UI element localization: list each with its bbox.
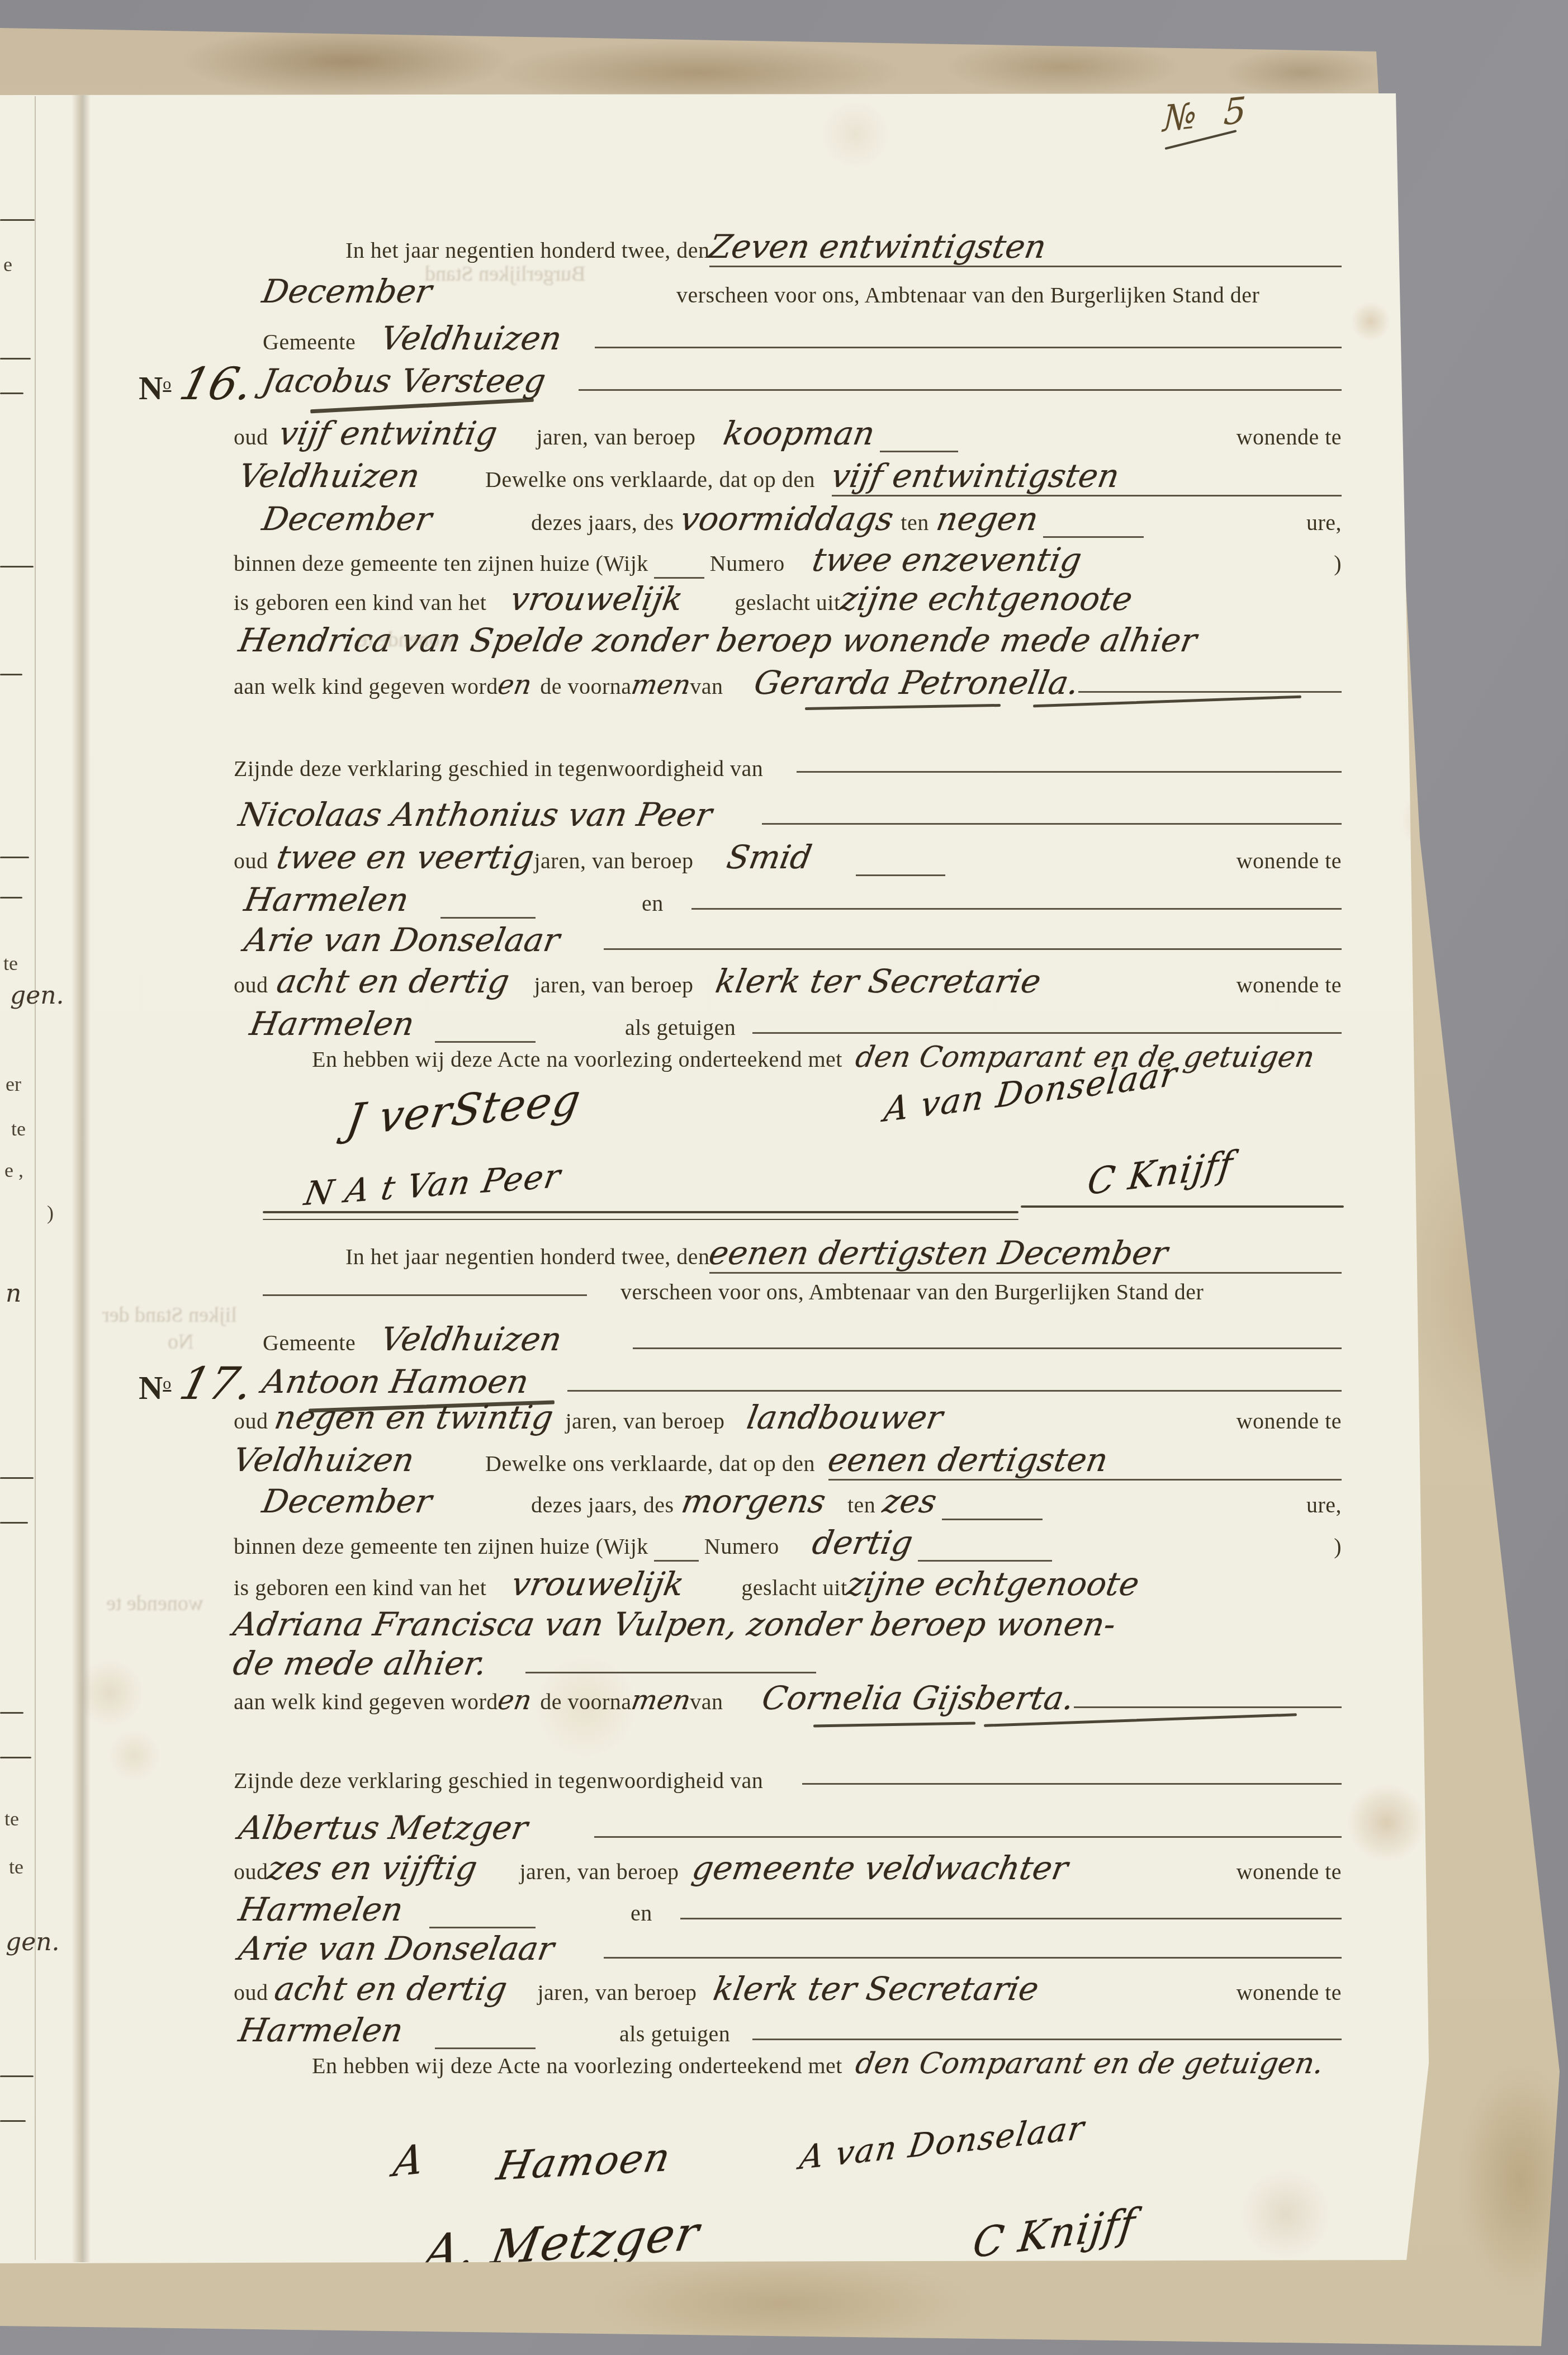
printed-text: wonende te bbox=[1237, 424, 1342, 450]
handwritten-text: men bbox=[629, 670, 693, 701]
printed-text: jaren, van beroep bbox=[534, 848, 694, 874]
printed-text: Zijnde deze verklaring geschied in tegen… bbox=[234, 1768, 763, 1794]
handwritten-text: vijf entwintigsten bbox=[828, 457, 1122, 495]
ink-stroke bbox=[805, 704, 1001, 710]
ruled-line bbox=[797, 771, 1342, 773]
document-line: In het jaar negentien honderd twee, dene… bbox=[345, 1235, 1342, 1274]
printed-text: Gemeente bbox=[263, 329, 356, 355]
ruled-line bbox=[579, 389, 1342, 391]
ruled-line bbox=[604, 948, 1342, 950]
handwritten-text: Veldhuizen bbox=[378, 320, 565, 357]
document-line: oudzes en vijftigjaren, van beroepgemeen… bbox=[234, 1850, 1342, 1887]
ruled-line bbox=[1074, 1706, 1342, 1708]
ruled-line bbox=[752, 2039, 1342, 2040]
page-fragment-rule bbox=[0, 566, 34, 568]
dash-line bbox=[440, 917, 536, 919]
printed-text: is geboren een kind van het bbox=[234, 590, 486, 616]
handwritten-text: December bbox=[259, 1483, 534, 1520]
printed-text: jaren, van beroep bbox=[538, 1980, 697, 2006]
binding-fold bbox=[72, 95, 91, 2262]
document-line: GemeenteVeldhuizen bbox=[263, 320, 1342, 357]
signature: Hamoen bbox=[493, 2134, 675, 2189]
document-line: Arie van Donselaar bbox=[239, 1930, 1342, 1968]
handwritten-text: koopman bbox=[721, 415, 878, 452]
handwritten-text: zes bbox=[880, 1483, 939, 1520]
printed-text: geslacht uit bbox=[735, 590, 840, 616]
scanned-register-photo: { "page": { "corner_mark": "№ 5" }, "ent… bbox=[0, 0, 1568, 2355]
document-line: Harmelenen bbox=[245, 881, 1342, 919]
document-line: is geboren een kind van hetvrouwelijkges… bbox=[234, 580, 1342, 618]
handwritten-text: eenen dertigsten December bbox=[707, 1235, 1171, 1272]
handwritten-text: zijne echtgenoote bbox=[844, 1566, 1142, 1603]
document-line: Antoon Hamoen bbox=[263, 1363, 1342, 1401]
document-line: Harmelenals getuigen bbox=[239, 2012, 1342, 2049]
printed-text: binnen deze gemeente ten zijnen huize (W… bbox=[234, 551, 648, 576]
handwritten-text: twee en veertig bbox=[274, 839, 538, 876]
page-fragment-rule bbox=[0, 897, 22, 899]
ruled-line bbox=[762, 823, 1342, 825]
handwritten-text: Veldhuizen bbox=[236, 457, 489, 495]
ruled-line bbox=[594, 1836, 1342, 1838]
handwritten-text: zes en vijftig bbox=[265, 1850, 523, 1887]
page-fragment: gen. bbox=[10, 981, 64, 1010]
printed-text: wonende te bbox=[1237, 848, 1342, 874]
register-page: № 5 No16.In het jaar negentien honderd t… bbox=[0, 0, 1568, 2355]
handwritten-text: twee enzeventig bbox=[809, 541, 1084, 579]
printed-text: en bbox=[642, 891, 664, 916]
handwritten-text: vrouwelijk bbox=[509, 1566, 745, 1603]
dash-line bbox=[654, 577, 704, 579]
printed-text: de voorna bbox=[540, 674, 631, 699]
ruled-line bbox=[691, 908, 1342, 910]
document-line: Harmelenals getuigen bbox=[250, 1005, 1342, 1043]
document-line: Arie van Donselaar bbox=[245, 921, 1342, 959]
handwritten-text: Harmelen bbox=[236, 1891, 427, 1928]
handwritten-text: gemeente veldwachter bbox=[689, 1850, 1070, 1887]
printed-text: ten bbox=[901, 510, 929, 536]
handwritten-text: Antoon Hamoen bbox=[259, 1363, 532, 1401]
handwritten-text: men bbox=[629, 1685, 693, 1716]
handwritten-text: vrouwelijk bbox=[508, 580, 738, 618]
printed-text: Numero bbox=[710, 551, 785, 576]
ruled-line bbox=[525, 1672, 816, 1673]
entry-number-sup: o bbox=[163, 1374, 171, 1393]
bleedthrough-text: wonende te bbox=[358, 627, 455, 652]
ruled-line: Zeven entwintigsten bbox=[709, 228, 1342, 267]
printed-text: oud bbox=[234, 1859, 268, 1885]
ruled-line bbox=[263, 1294, 587, 1296]
dash-line bbox=[429, 1927, 536, 1928]
printed-text: verscheen voor ons, Ambtenaar van den Bu… bbox=[620, 1279, 1204, 1305]
handwritten-text: en bbox=[495, 1685, 534, 1716]
signature: J verSteeg bbox=[343, 1074, 585, 1145]
handwritten-text: Veldhuizen bbox=[378, 1321, 636, 1358]
ruled-line bbox=[604, 1957, 1342, 1959]
handwritten-text: zijne echtgenoote bbox=[837, 580, 1135, 618]
handwritten-text: vijf entwintig bbox=[276, 415, 540, 452]
document-line: oudacht en dertigjaren, van beroepklerk … bbox=[234, 963, 1342, 1000]
printed-text: dezes jaars, des bbox=[531, 1492, 674, 1518]
handwritten-text: Gerarda Petronella. bbox=[751, 664, 1082, 702]
entry-number-sup: o bbox=[163, 375, 171, 393]
ruled-line bbox=[752, 1032, 1342, 1034]
page-fragment-rule bbox=[0, 674, 22, 675]
page-number-mark: № 5 bbox=[1162, 89, 1254, 140]
printed-text: jaren, van beroep bbox=[520, 1859, 679, 1885]
printed-text: Zijnde deze verklaring geschied in tegen… bbox=[234, 756, 763, 782]
printed-text: aan welk kind gegeven word bbox=[234, 674, 498, 699]
ruled-line bbox=[680, 1918, 1342, 1919]
handwritten-text: acht en dertig bbox=[272, 1970, 541, 2008]
document-line: En hebben wij deze Acte na voorlezing on… bbox=[312, 2047, 1342, 2081]
printed-text: wonende te bbox=[1237, 1980, 1342, 2006]
printed-text: oud bbox=[234, 424, 268, 450]
printed-text: van bbox=[690, 1689, 723, 1715]
printed-text: jaren, van beroep bbox=[566, 1408, 725, 1434]
printed-text: ure, bbox=[1306, 510, 1342, 536]
handwritten-text: voormiddags bbox=[678, 500, 896, 538]
handwritten-text: eenen dertigsten bbox=[825, 1441, 1111, 1479]
printed-text: ten bbox=[847, 1492, 875, 1518]
document-line: oudacht en dertigjaren, van beroepklerk … bbox=[234, 1970, 1342, 2008]
handwritten-text: Adriana Francisca van Vulpen, zonder ber… bbox=[230, 1606, 1119, 1643]
printed-text: geslacht uit bbox=[741, 1575, 847, 1601]
page-fragment-rule bbox=[0, 1712, 23, 1714]
printed-text: wonende te bbox=[1237, 1408, 1342, 1434]
printed-text: Gemeente bbox=[263, 1330, 356, 1356]
page-fragment: er bbox=[6, 1072, 21, 1096]
ruled-line bbox=[595, 347, 1342, 348]
page-fragment-rule bbox=[0, 2075, 34, 2077]
entry-number-letter: N bbox=[139, 370, 163, 406]
signature: C Knijff bbox=[970, 2199, 1139, 2267]
page-fragment-rule bbox=[0, 1522, 28, 1524]
ink-stroke bbox=[813, 1722, 975, 1727]
document-line: de mede alhier. bbox=[234, 1645, 1342, 1682]
bleedthrough-text: Burgerlijken Stand bbox=[425, 262, 585, 286]
printed-text: wonende te bbox=[1237, 1859, 1342, 1885]
printed-text: is geboren een kind van het bbox=[234, 1575, 486, 1601]
ruled-line bbox=[567, 1390, 1342, 1392]
document-line: binnen deze gemeente ten zijnen huize (W… bbox=[234, 1524, 1342, 1562]
printed-text: binnen deze gemeente ten zijnen huize (W… bbox=[234, 1534, 648, 1559]
divider-line bbox=[263, 1211, 1019, 1213]
bleedthrough-text: lijken Stand der bbox=[102, 1303, 237, 1327]
printed-text: en bbox=[631, 1900, 652, 1926]
handwritten-text: landbouwer bbox=[744, 1399, 945, 1436]
document-line: Nicolaas Anthonius van Peer bbox=[239, 796, 1342, 834]
entry-number-letter: N bbox=[139, 1369, 163, 1406]
printed-text: oud bbox=[234, 848, 268, 874]
handwritten-text: en bbox=[495, 670, 534, 701]
document-line: is geboren een kind van hetvrouwelijkges… bbox=[234, 1566, 1342, 1603]
printed-text: jaren, van beroep bbox=[537, 424, 696, 450]
signature: A bbox=[391, 2135, 428, 2186]
printed-text: En hebben wij deze Acte na voorlezing on… bbox=[312, 1047, 842, 1072]
divider-line bbox=[263, 1219, 1019, 1220]
printed-text: als getuigen bbox=[619, 2021, 730, 2047]
handwritten-text: Harmelen bbox=[236, 2012, 433, 2049]
dash-line bbox=[918, 1560, 1052, 1562]
divider-line bbox=[1021, 1205, 1344, 1208]
document-line: VeldhuizenDewelke ons verklaarde, dat op… bbox=[234, 1441, 1342, 1481]
handwritten-text: Arie van Donselaar bbox=[236, 1930, 557, 1968]
page-fragment: te bbox=[11, 1117, 26, 1141]
document-line: Zijnde deze verklaring geschied in tegen… bbox=[234, 756, 1342, 782]
printed-text: jaren, van beroep bbox=[534, 972, 694, 998]
document-line: Decemberdezes jaars, desmorgenstenzesure… bbox=[263, 1483, 1342, 1520]
handwritten-text: Jacobus Versteeg bbox=[259, 362, 548, 400]
handwritten-text: Arie van Donselaar bbox=[241, 921, 562, 959]
handwritten-text: Albertus Metzger bbox=[236, 1809, 530, 1847]
printed-text: ure, bbox=[1306, 1492, 1342, 1518]
handwritten-text: Veldhuizen bbox=[230, 1441, 489, 1479]
signature: C Knijff bbox=[1085, 1143, 1235, 1204]
page-fragment: n bbox=[6, 1279, 21, 1308]
printed-text: de voorna bbox=[540, 1689, 631, 1715]
document-line: oudvijf entwintigjaren, van beroepkoopma… bbox=[234, 415, 1342, 452]
handwritten-text: Nicolaas Anthonius van Peer bbox=[236, 796, 715, 834]
signature: A van Donselaar bbox=[798, 2108, 1088, 2177]
page-fragment: gen. bbox=[6, 1928, 60, 1956]
handwritten-text: Harmelen bbox=[247, 1005, 433, 1043]
printed-text: In het jaar negentien honderd twee, den bbox=[345, 238, 709, 263]
document-line: En hebben wij deze Acte na voorlezing on… bbox=[312, 1041, 1342, 1075]
ink-stroke bbox=[310, 398, 534, 414]
document-line: Harmelenen bbox=[239, 1891, 1342, 1928]
printed-text: van bbox=[690, 674, 723, 699]
document-line: Albertus Metzger bbox=[239, 1809, 1342, 1847]
printed-text: oud bbox=[234, 972, 268, 998]
printed-text: dezes jaars, des bbox=[531, 510, 674, 536]
handwritten-text: morgens bbox=[679, 1483, 828, 1520]
handwritten-text: klerk ter Secretarie bbox=[710, 1970, 1041, 2008]
handwritten-text: December bbox=[259, 500, 534, 538]
printed-text: Dewelke ons verklaarde, dat op den bbox=[485, 1451, 815, 1477]
printed-text: wonende te bbox=[1237, 972, 1342, 998]
printed-text: In het jaar negentien honderd twee, den bbox=[345, 1244, 709, 1270]
handwritten-text: acht en dertig bbox=[274, 963, 538, 1000]
ruled-line bbox=[802, 1783, 1342, 1785]
page-fragment: te bbox=[3, 952, 18, 975]
ruled-line: eenen dertigsten bbox=[828, 1441, 1342, 1481]
printed-text: ) bbox=[1334, 551, 1342, 576]
page-fragment-rule bbox=[0, 857, 29, 858]
document-line: oudtwee en veertigjaren, van beroepSmidw… bbox=[234, 839, 1342, 876]
document-line: verscheen voor ons, Ambtenaar van den Bu… bbox=[263, 1279, 1342, 1305]
dash-line bbox=[856, 874, 945, 876]
printed-text: ) bbox=[1334, 1534, 1342, 1559]
document-line: VeldhuizenDewelke ons verklaarde, dat op… bbox=[239, 457, 1342, 496]
printed-text: als getuigen bbox=[625, 1015, 736, 1041]
handwritten-text: de mede alhier. bbox=[230, 1645, 490, 1682]
dash-line bbox=[1043, 536, 1144, 538]
handwritten-text: negen bbox=[934, 500, 1041, 538]
entry-number-value: 16. bbox=[175, 358, 259, 410]
ruled-line: vijf entwintigsten bbox=[832, 457, 1342, 496]
handwritten-text: den Comparant en de getuigen. bbox=[853, 2047, 1327, 2081]
dash-line bbox=[654, 1560, 699, 1562]
page-fragment: e , bbox=[4, 1158, 23, 1182]
handwritten-text: dertig bbox=[809, 1524, 916, 1562]
document-line: Decemberdezes jaars, desvoormiddagstenne… bbox=[263, 500, 1342, 538]
printed-text: oud bbox=[234, 1980, 268, 2006]
document-line: binnen deze gemeente ten zijnen huize (W… bbox=[234, 541, 1342, 579]
document-line: oudnegen en twintigjaren, van beroepland… bbox=[234, 1399, 1342, 1436]
document-line: Jacobus Versteeg bbox=[263, 362, 1342, 400]
ruled-line bbox=[1078, 691, 1342, 693]
bleedthrough-text: wonende te bbox=[106, 1591, 203, 1616]
page-fragment-rule bbox=[0, 1477, 34, 1479]
page-fragment-rule bbox=[0, 219, 35, 221]
handwritten-text: Smid bbox=[724, 839, 854, 876]
page-fragment: e bbox=[3, 253, 12, 276]
page-fragment: te bbox=[9, 1855, 23, 1879]
ruled-line bbox=[633, 1347, 1342, 1349]
printed-text: oud bbox=[234, 1408, 268, 1434]
handwritten-text: Zeven entwintigsten bbox=[707, 228, 1050, 266]
printed-text: verscheen voor ons, Ambtenaar van den Bu… bbox=[676, 282, 1259, 308]
page-fragment-rule bbox=[0, 2120, 26, 2122]
page-fragment: te bbox=[4, 1807, 19, 1831]
bleedthrough-text: No bbox=[168, 1330, 193, 1354]
document-line: aan welk kind gegeven wordende voornamen… bbox=[234, 664, 1342, 702]
dash-line bbox=[880, 451, 958, 452]
entry-number: No16. bbox=[139, 358, 253, 410]
document-line: GemeenteVeldhuizen bbox=[263, 1321, 1342, 1358]
page-fragment-rule bbox=[0, 1757, 31, 1758]
printed-text: En hebben wij deze Acte na voorlezing on… bbox=[312, 2053, 842, 2079]
document-line: Zijnde deze verklaring geschied in tegen… bbox=[234, 1768, 1342, 1794]
ruled-line: eenen dertigsten December bbox=[709, 1235, 1342, 1274]
page-fragment-rule bbox=[0, 358, 31, 360]
document-line: Adriana Francisca van Vulpen, zonder ber… bbox=[234, 1606, 1342, 1643]
printed-text: Dewelke ons verklaarde, dat op den bbox=[485, 467, 815, 493]
handwritten-text: Cornelia Gijsberta. bbox=[759, 1680, 1077, 1717]
page-fragment: ) bbox=[47, 1201, 54, 1224]
handwritten-text: Harmelen bbox=[241, 881, 438, 919]
handwritten-text: klerk ter Secretarie bbox=[713, 963, 1044, 1000]
printed-text: Numero bbox=[704, 1534, 779, 1559]
printed-text: aan welk kind gegeven word bbox=[234, 1689, 498, 1715]
signature: N A t Van Peer bbox=[301, 1156, 564, 1213]
page-fragment-rule bbox=[0, 393, 23, 394]
dash-line bbox=[942, 1519, 1043, 1520]
document-line: aan welk kind gegeven wordende voornamen… bbox=[234, 1680, 1342, 1717]
